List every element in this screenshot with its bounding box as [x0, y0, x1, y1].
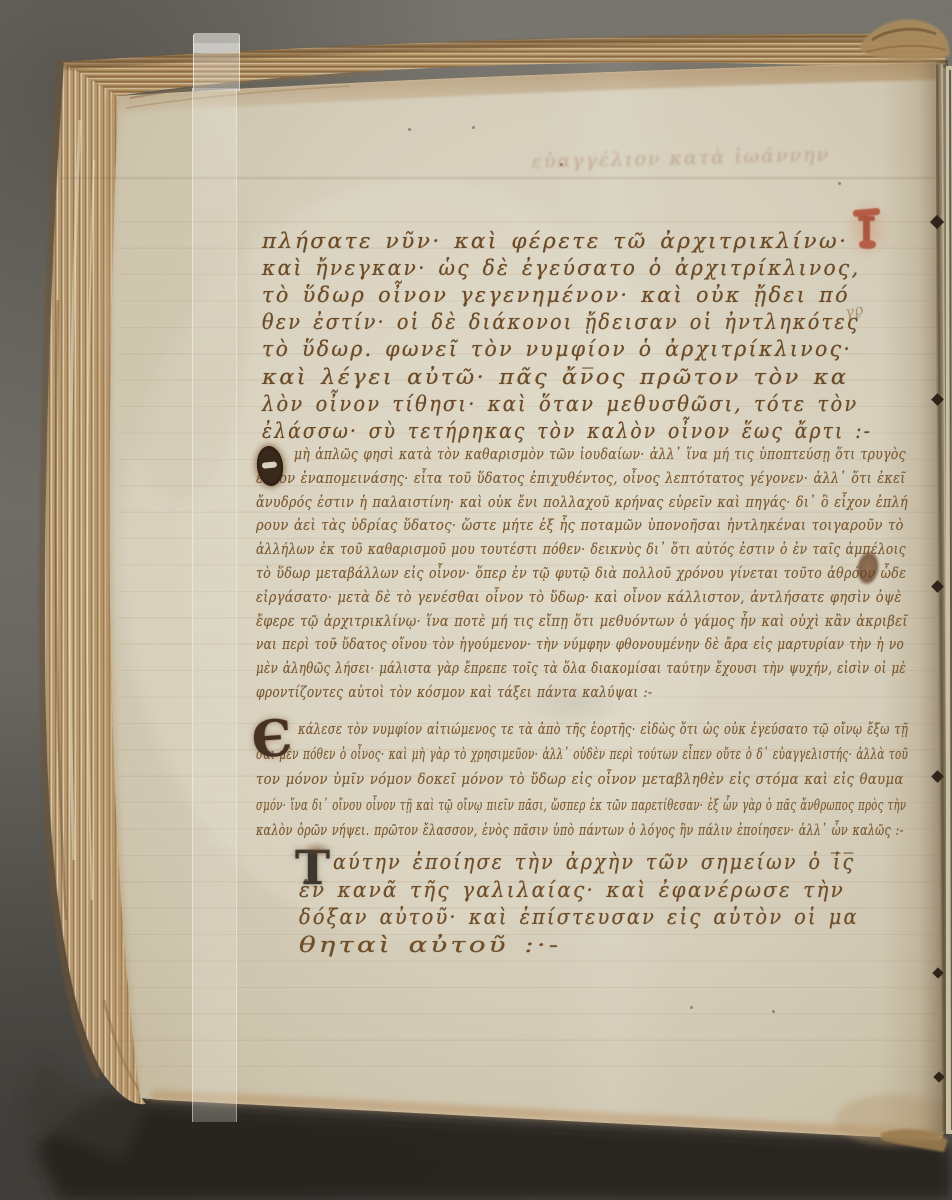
speck: [772, 1010, 775, 1013]
gospel_1-line-5: τὸ ὕδωρ. φωνεῖ τὸν νυμφίον ὁ ἀρχιτρίκλιν…: [262, 337, 852, 361]
speck: [690, 1006, 693, 1009]
gospel_1-line-3: τὸ ὕδωρ οἶνον γεγενημένον· καὶ οὐκ ᾔδει …: [262, 283, 850, 307]
speck: [472, 126, 475, 129]
red-ornament-foot: [859, 240, 876, 249]
gospel_1-line-7: λὸν οἶνον τίθησι· καὶ ὅταν μεθυσθῶσι, τό…: [262, 392, 858, 416]
tape-strap-fold: [193, 33, 240, 91]
gospel_2-line-3: δόξαν αὐτοῦ· καὶ ἐπίστευσαν εἰς αὐτὸν οἱ…: [299, 905, 859, 930]
catena_2-line-3: τον μόνον ὑμῖν νόμον δοκεῖ μόνον τὸ ὕδωρ…: [256, 772, 904, 788]
catena_1-line-5: ἀλλήλων ἐκ τοῦ καθαρισμοῦ μου τουτέστι π…: [256, 542, 906, 558]
manuscript-photo: εὐαγγέλιον κατὰ ἰωάννην πλήσατε νῦν· καὶ…: [0, 0, 952, 1200]
gospel_2-line-4: θηταὶ αὐτοῦ :·-: [299, 933, 561, 958]
catena_1-line-8: ἔφερε τῷ ἀρχιτρικλίνῳ· ἵνα ποτὲ μή τις ε…: [256, 614, 908, 630]
gospel_1-line-1: πλήσατε νῦν· καὶ φέρετε τῶ ἀρχιτρικλίνω·: [262, 229, 848, 253]
catena_1-line-2: ἔνδον ἐναπομεινάσης· εἶτα τοῦ ὕδατος ἐπι…: [256, 471, 906, 487]
speck: [408, 128, 411, 131]
gospel_1-line-2: καὶ ἤνεγκαν· ὡς δὲ ἐγεύσατο ὁ ἀρχιτρίκλι…: [262, 256, 860, 280]
brown-marginal-mark: γϼ: [843, 300, 864, 321]
speck: [334, 642, 337, 645]
catena_1-line-10: μὲν ἀληθῶς λήσει· μάλιστα γὰρ ἔπρεπε τοῖ…: [256, 661, 906, 677]
catena_1-line-9: ναι περὶ τοῦ ὕδατος οἴνου τὸν ἡγούμενον·…: [256, 637, 904, 653]
red-ornament-stem: [863, 216, 870, 243]
catena_1-line-6: τὸ ὕδωρ μεταβάλλων εἰς οἶνον· ὅπερ ἐν τῷ…: [256, 566, 906, 582]
gospel_1-line-8: ἐλάσσω· σὺ τετήρηκας τὸν καλὸν οἶνον ἕως…: [262, 419, 872, 443]
catena_2-line-5: καλὸν ὁρῶν νήψει. πρῶτον ἔλασσον, ἑνὸς π…: [256, 823, 904, 839]
catena_1-line-1: μὴ ἁπλῶς φησὶ κατὰ τὸν καθαρισμὸν τῶν ἰο…: [294, 447, 906, 463]
catena_1-line-7: εἰργάσατο· μετὰ δὲ τὸ γενέσθαι οἶνον τὸ …: [256, 590, 902, 606]
gospel_1-line-6: καὶ λέγει αὐτῶ· πᾶς ἄν̅ος πρῶτον τὸν κα: [262, 365, 849, 389]
red-marginal-ornament: [851, 204, 885, 254]
speck: [838, 182, 841, 185]
tape-strap: [192, 88, 237, 1122]
initial-stain: [303, 841, 331, 857]
gospel_1-line-4: θεν ἐστίν· οἱ δὲ διάκονοι ᾔδεισαν οἱ ἠντ…: [262, 310, 860, 334]
gospel_2-line-2: ἐν κανᾶ τῆς γαλιλαίας· καὶ ἐφανέρωσε τὴν: [299, 878, 845, 903]
gospel_2-line-1: αύτην ἐποίησε τὴν ἀρχὴν τῶν σημείων ὁ ἰ̅…: [333, 850, 855, 875]
catena_1-line-3: ἄνυδρός ἐστιν ἡ παλαιστίνη· καὶ οὐκ ἔνι …: [256, 495, 908, 511]
speck: [560, 163, 563, 166]
catena_1-line-4: ρουν ἀεὶ τὰς ὑδρίας ὕδατος· ὥστε μήτε ἐξ…: [256, 518, 904, 534]
grey-smudge: [520, 682, 630, 726]
catena_2-line-4: σμόν· ἵνα δι᾽ οἴνου οἶνον τῇ καὶ τῷ οἴνῳ…: [256, 798, 906, 814]
text-layer: πλήσατε νῦν· καὶ φέρετε τῶ ἀρχιτρικλίνω·…: [0, 0, 952, 1200]
catena2-initial: Є: [250, 713, 293, 766]
catena_2-line-2: σαι μὲν πόθεν ὁ οἶνος· καὶ μὴ γὰρ τὸ χρη…: [256, 747, 908, 763]
catena_2-line-1: κάλεσε τὸν νυμφίον αἰτιώμενος τε τὰ ἀπὸ …: [298, 722, 908, 738]
